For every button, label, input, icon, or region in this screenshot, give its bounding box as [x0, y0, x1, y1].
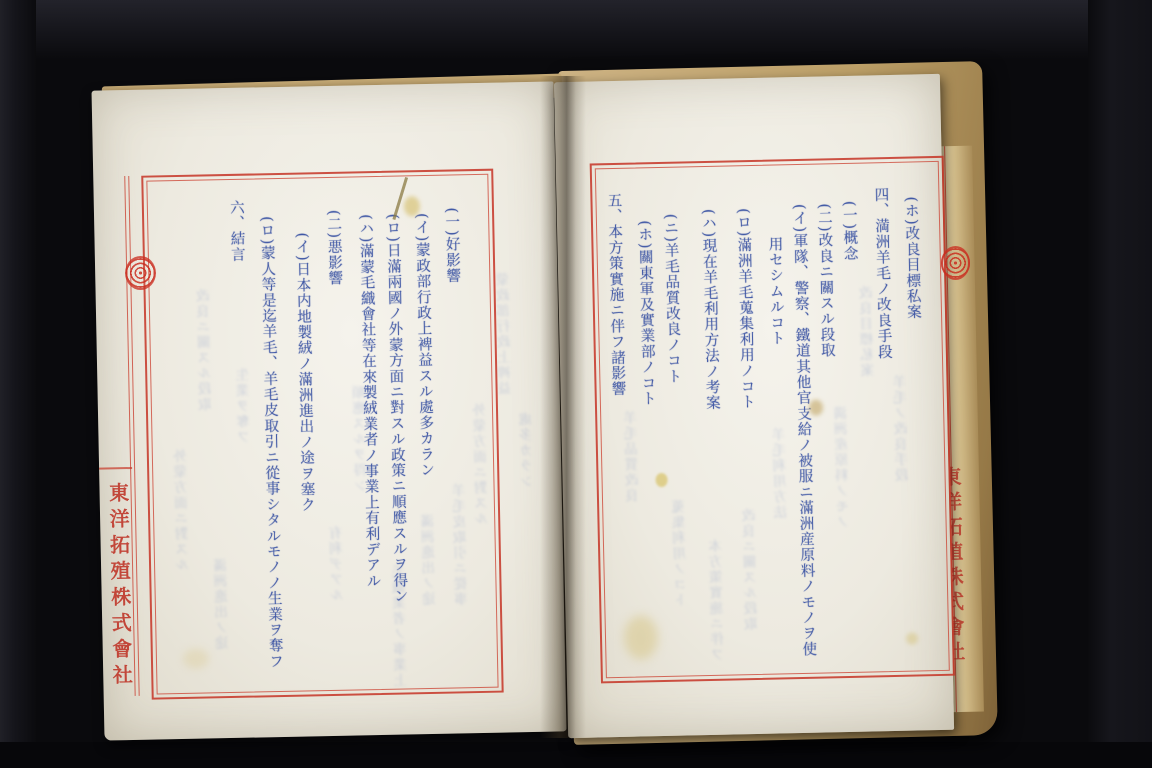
- ghost-bleedthrough: 本方策實施ニ伴フ: [706, 539, 731, 663]
- text-column: (ニ)羊毛品質改良ノコト: [659, 214, 685, 385]
- photo-stage: 東洋拓殖株式會社 東洋拓殖株式會社 處多カラン 蒙政部行政上裨益 外蒙方面ニ對ス…: [0, 0, 1152, 768]
- ghost-bleedthrough: 満洲産原料ノモノ: [831, 406, 856, 530]
- ghost-bleedthrough: 外蒙方面ニ對スル: [171, 449, 195, 573]
- left-page: 東洋拓殖株式會社 處多カラン 蒙政部行政上裨益 外蒙方面ニ對スル 羊毛皮取引ニ從…: [92, 81, 567, 740]
- ghost-bleedthrough: 處多カラン: [516, 412, 540, 490]
- ghost-bleedthrough: 改良ニ關スル段取: [194, 288, 218, 412]
- ghost-bleedthrough: 滿洲進出ノ途: [418, 514, 442, 607]
- cradle-left-bar: [0, 0, 36, 768]
- red-seal-stamp: [941, 246, 970, 280]
- text-column: 用セシムルコト: [763, 236, 787, 346]
- text-column: (ホ)關東軍及實業部ノコト: [633, 220, 659, 407]
- gutter-shadow: [540, 76, 586, 738]
- text-column: (一)好影響: [440, 207, 464, 284]
- text-column: 六、結言: [225, 200, 248, 263]
- red-seal-stamp: [125, 256, 156, 290]
- text-column: (ハ)現在羊毛利用方法ノ考案: [697, 209, 723, 412]
- ghost-bleedthrough: 生業ヲ奪フ: [233, 367, 257, 445]
- text-column: 四、満洲羊毛ノ改良手段: [869, 187, 895, 360]
- text-column: (二)悪影響: [322, 210, 346, 287]
- ghost-bleedthrough: 蒙政部行政上裨益: [493, 272, 517, 396]
- ghost-bleedthrough: 蒐集利用ノコト: [669, 499, 693, 608]
- text-column: (ロ)滿洲羊毛蒐集利用ノコト: [732, 208, 758, 411]
- ghost-bleedthrough: 外蒙方面ニ對スル: [470, 403, 494, 527]
- ghost-bleedthrough: 滿洲進出ノ途: [211, 558, 235, 651]
- ghost-bleedthrough: 羊毛ノ改良手段: [890, 375, 914, 484]
- text-column: (一)概念: [838, 201, 861, 262]
- margin-rule-tick: [99, 467, 132, 470]
- cradle-right-panel: [1088, 0, 1152, 768]
- ghost-bleedthrough: 改良ニ關スル段取: [739, 508, 764, 632]
- right-page: 羊毛ノ改良手段 改良目標私案 満洲産原料ノモノ 羊毛利用方法 改良ニ關スル段取 …: [554, 74, 954, 738]
- ghost-bleedthrough: 有利デアル: [326, 526, 350, 604]
- company-name-left-margin: 東洋拓殖株式會社: [103, 482, 136, 691]
- cradle-top-band: [0, 0, 1152, 60]
- cradle-bottom-shade: [0, 742, 1152, 768]
- text-column: (ホ)改良目標私案: [899, 196, 924, 320]
- text-column: 五、本方策實施ニ伴フ諸影響: [602, 193, 628, 398]
- ghost-bleedthrough: 羊毛利用方法: [769, 427, 793, 520]
- text-column: (二)改良ニ關スル段取: [813, 203, 838, 358]
- ghost-bleedthrough: 羊毛品質改良: [621, 410, 645, 503]
- ghost-bleedthrough: 羊毛皮取引ニ從事: [449, 483, 473, 607]
